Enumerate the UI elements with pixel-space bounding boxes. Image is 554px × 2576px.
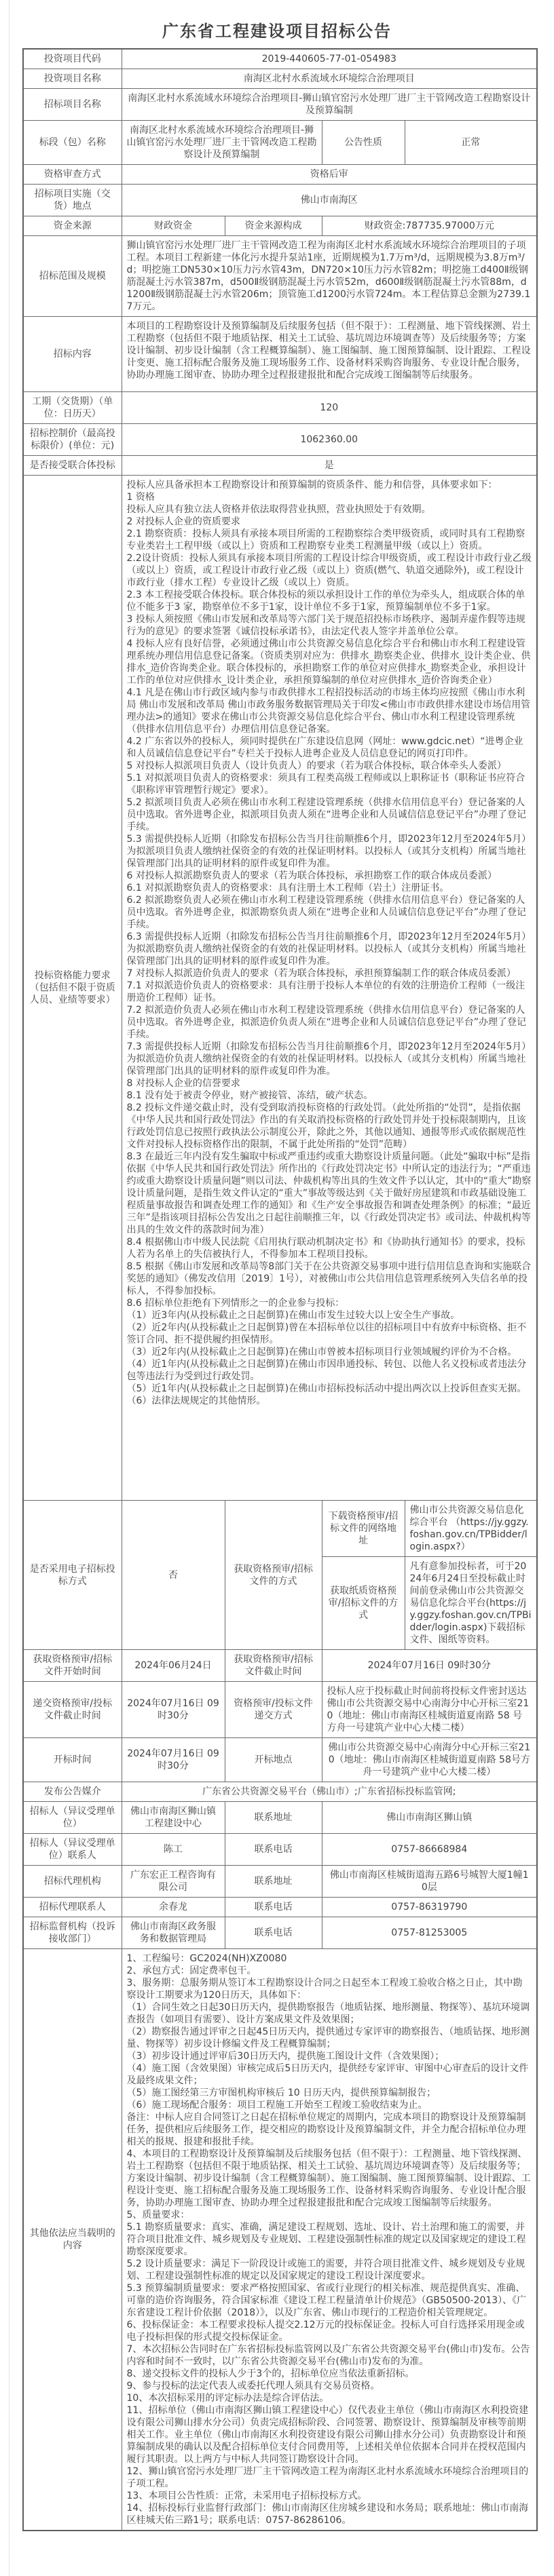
agency-label: 招标代理机构 [23,1866,122,1898]
tenderer-contact-label: 招标人（异议受理单位）联系人 [23,1834,122,1866]
agency-contact-value: 余春龙 [122,1898,225,1917]
announcement-table: 投资项目代码 2019-440605-77-01-054983 投资项目名称 南… [22,48,538,2531]
funding-value: 财政资金 [122,216,225,236]
supervision-label: 招标监督机构（投诉接收部门） [23,1917,122,1949]
agency-phone-label: 联系电话 [225,1898,322,1917]
agency-contact-label: 招标代理联系人 [23,1898,122,1917]
investment-code-value: 2019-440605-77-01-054983 [122,49,537,69]
row-electronic-1: 是否采用电子招标投标方式 否 获取资格预审/招标文件的方式 下载资格预审/招标文… [23,1501,537,1557]
qualification-method-label: 资格审查方式 [23,165,122,185]
electronic-value: 否 [122,1501,225,1650]
consortium-label: 是否接受联合体投标 [23,456,122,476]
tenderer-address-value: 佛山市南海区狮山镇 [322,1802,537,1834]
tenderer-phone-value: 0757-86668984 [322,1834,537,1866]
page-left-edge-line [9,0,10,2576]
tenderer-phone-label: 联系电话 [225,1834,322,1866]
obtain-end-label: 获取资格预审/招标文件截止时间 [225,1650,322,1682]
row-obtain-time: 获取资格预审/招标文件开始时间 2024年06月24日 获取资格预审/招标文件截… [23,1650,537,1682]
funding-composition-label: 资金来源构成 [225,216,322,236]
submit-method-value: 投标人应于投标截止时间前将投标文件密封送达佛山市公共资源交易中心南海分中心开标三… [322,1682,537,1738]
media-value: 广东省公共资源交易平台（佛山市）;广东省招标投标监管网; [122,1782,537,1802]
tenderer-contact-value: 陈工 [122,1834,225,1866]
tender-name-label: 招标项目名称 [23,89,122,121]
agency-address-value: 佛山市南海区桂城街道海五路6号城智大厦1幢10层 [322,1866,537,1898]
agency-address-label: 联系地址 [225,1866,322,1898]
control-price-value: 1062360.00 [122,424,537,456]
row-other: 其他依法应当载明的内容 1、工程编号：GC2024(NH)XZ0080 2、承包… [23,1949,537,2531]
qualification-method-value: 资格后审 [122,165,537,185]
tenderer-label: 招标人（异议受理单位） [23,1802,122,1834]
announcement-page: 广东省工程建设项目招标公告 投资项目代码 2019-440605-77-01-0… [0,0,554,2576]
scope-text: 狮山镇官窑污水处理厂进厂主干管网改造工程为南海区北村水系流域水环境综合治理项目的… [127,239,532,313]
opening-time-label: 开标时间 [23,1738,122,1782]
opening-place-label: 开标地点 [225,1738,322,1782]
investment-name-label: 投资项目名称 [23,69,122,89]
investment-name-value: 南海区北村水系流域水环境综合治理项目 [122,69,537,89]
notice-nature-value: 正常 [405,121,537,165]
investment-code-label: 投资项目代码 [23,49,122,69]
content-value: 本项目的工程勘察设计及预算编制及后续服务包括（但不限于）：工程测量、地下管线探测… [122,317,537,392]
download-address-value: 佛山市公共资源交易信息化综合平台 （https://jy.ggzy.foshan… [405,1501,537,1557]
submit-deadline-value: 2024年07月16日 09时30分 [122,1682,225,1738]
opening-time-value: 2024年07月16日 09时30分 [122,1738,225,1782]
content-text: 本项目的工程勘察设计及预算编制及后续服务包括（但不限于）：工程测量、地下管线探测… [127,320,532,388]
row-submit: 递交资格预审/投标文件截止时间 2024年07月16日 09时30分 资格预审/… [23,1682,537,1738]
location-value: 佛山市南海区 [122,185,537,216]
scope-label: 招标范围及规模 [23,236,122,317]
row-content: 招标内容 本项目的工程勘察设计及预算编制及后续服务包括（但不限于）：工程测量、地… [23,317,537,392]
supervision-phone-label: 联系电话 [225,1917,322,1949]
row-qualification-method: 资格审查方式 资格后审 [23,165,537,185]
control-price-label: 招标控制价（最高投标限价）(单位：元) [23,424,122,456]
row-media: 发布公告媒介 广东省公共资源交易平台（佛山市）;广东省招标投标监管网; [23,1782,537,1802]
row-control-price: 招标控制价（最高投标限价）(单位：元) 1062360.00 [23,424,537,456]
tenderer-value: 佛山市南海区狮山镇工程建设中心 [122,1802,225,1834]
duration-value: 120 [122,392,537,424]
media-label: 发布公告媒介 [23,1782,122,1802]
obtain-start-value: 2024年06月24日 [122,1650,225,1682]
row-agency-contact: 招标代理联系人 余春龙 联系电话 0757-86319790 [23,1898,537,1917]
row-agency: 招标代理机构 广东宏正工程咨询有限公司 联系地址 佛山市南海区桂城街道海五路6号… [23,1866,537,1898]
obtain-method-label: 获取资格预审/招标文件的方式 [225,1501,322,1650]
row-investment-code: 投资项目代码 2019-440605-77-01-054983 [23,49,537,69]
submit-deadline-label: 递交资格预审/投标文件截止时间 [23,1682,122,1738]
obtain-start-label: 获取资格预审/招标文件开始时间 [23,1650,122,1682]
page-title: 广东省工程建设项目招标公告 [0,0,554,48]
opening-place-value: 佛山市公共资源交易中心南海分中心开标三室210（地址：佛山市南海区桂城街道夏南路… [322,1738,537,1782]
agency-value: 广东宏正工程咨询有限公司 [122,1866,225,1898]
download-address-label: 下载资格预审/招标文件的网络地址 [322,1501,405,1557]
qualification-requirements-label: 投标资格能力要求（包括但不限于资质人员、业绩等要求） [23,476,122,1501]
row-scope: 招标范围及规模 狮山镇官窑污水处理厂进厂主干管网改造工程为南海区北村水系流域水环… [23,236,537,317]
row-duration: 工期（交货期）（单位：日历天） 120 [23,392,537,424]
paper-method-label: 获取纸质资格预审/招标文件的方式 [322,1557,405,1650]
row-consortium: 是否接受联合体投标 是 [23,456,537,476]
row-tender-name: 招标项目名称 南海区北村水系流域水环境综合治理项目-狮山镇官窑污水处理厂进厂主干… [23,89,537,121]
scope-value: 狮山镇官窑污水处理厂进厂主干管网改造工程为南海区北村水系流域水环境综合治理项目的… [122,236,537,317]
consortium-value: 是 [122,456,537,476]
duration-label: 工期（交货期）（单位：日历天） [23,392,122,424]
row-tenderer-contact: 招标人（异议受理单位）联系人 陈工 联系电话 0757-86668984 [23,1834,537,1866]
qualification-requirements-value: 投标人应具备承担本工程勘察设计和预算编制的资质条件、能力和信誉，具体要求如下： … [122,476,537,1501]
other-text: 1、工程编号：GC2024(NH)XZ0080 2、承包方式：固定费率包干。 3… [127,1953,532,2526]
row-supervision: 招标监督机构（投诉接收部门） 佛山市南海区政务服务和数据管理局 联系电话 075… [23,1917,537,1949]
row-funding: 资金来源 财政资金 资金来源构成 财政资金:787735.97000万元 [23,216,537,236]
content-label: 招标内容 [23,317,122,392]
obtain-end-value: 2024年07月16日 09时30分 [322,1650,537,1682]
other-label: 其他依法应当载明的内容 [23,1949,122,2531]
location-label: 招标项目实施（交货）地点 [23,185,122,216]
row-opening: 开标时间 2024年07月16日 09时30分 开标地点 佛山市公共资源交易中心… [23,1738,537,1782]
row-tenderer: 招标人（异议受理单位） 佛山市南海区狮山镇工程建设中心 联系地址 佛山市南海区狮… [23,1802,537,1834]
other-value: 1、工程编号：GC2024(NH)XZ0080 2、承包方式：固定费率包干。 3… [122,1949,537,2531]
row-section-name: 标段（包）名称 南海区北村水系流域水环境综合治理项目-狮山镇官窑污水处理厂进厂主… [23,121,537,165]
paper-method-value: 凡有意参加投标者，可于2024年6月24日至投标截止时间前登录佛山市公共资源交易… [405,1557,537,1650]
funding-label: 资金来源 [23,216,122,236]
row-location: 招标项目实施（交货）地点 佛山市南海区 [23,185,537,216]
tender-name-value: 南海区北村水系流域水环境综合治理项目-狮山镇官窑污水处理厂进厂主干管网改造工程勘… [122,89,537,121]
section-name-value: 南海区北村水系流域水环境综合治理项目-狮山镇官窑污水处理厂进厂主干管网改造工程勘… [122,121,322,165]
funding-composition-value: 财政资金:787735.97000万元 [322,216,537,236]
submit-method-label: 资格预审/投标文件递交方式 [225,1682,322,1738]
row-qualification-requirements: 投标资格能力要求（包括但不限于资质人员、业绩等要求） 投标人应具备承担本工程勘察… [23,476,537,1501]
supervision-phone-value: 0757-81253005 [322,1917,537,1949]
notice-nature-label: 公告性质 [322,121,405,165]
electronic-label: 是否采用电子招标投标方式 [23,1501,122,1650]
section-name-label: 标段（包）名称 [23,121,122,165]
agency-phone-value: 0757-86319790 [322,1898,537,1917]
tenderer-address-label: 联系地址 [225,1802,322,1834]
row-investment-name: 投资项目名称 南海区北村水系流域水环境综合治理项目 [23,69,537,89]
qualification-requirements-text: 投标人应具备承担本工程勘察设计和预算编制的资质条件、能力和信誉，具体要求如下： … [127,479,532,1497]
supervision-value: 佛山市南海区政务服务和数据管理局 [122,1917,225,1949]
